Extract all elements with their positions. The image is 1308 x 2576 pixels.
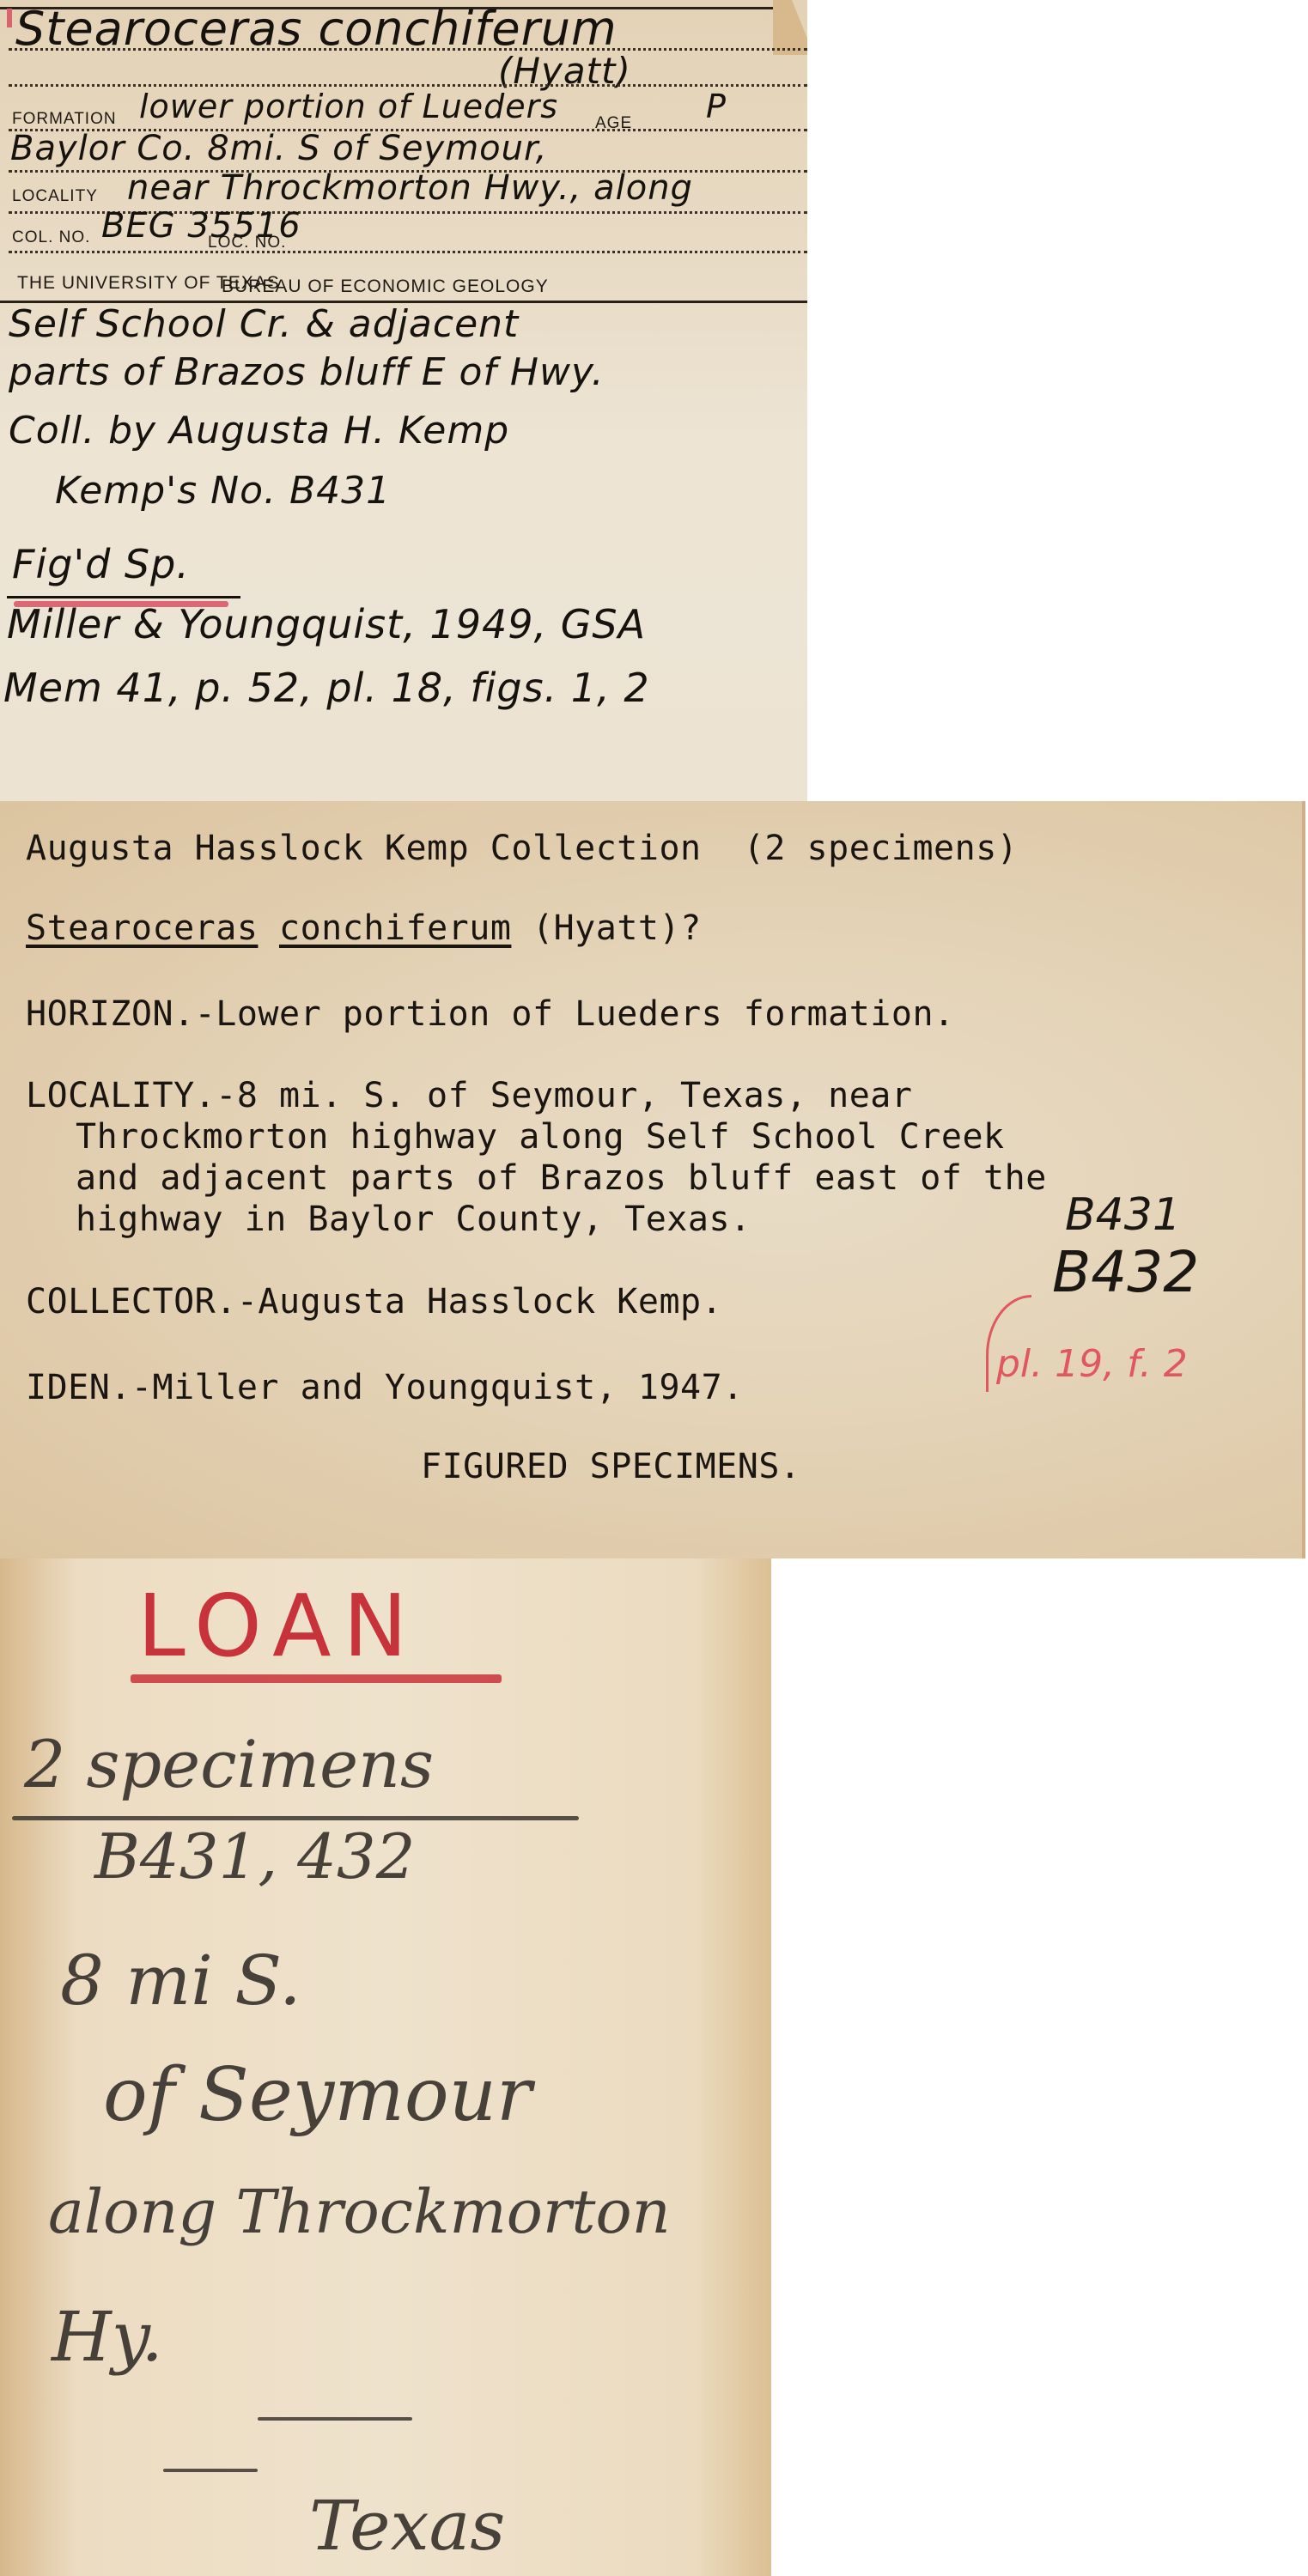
dotted-rule [9,251,807,253]
loan-line-along: along Throckmorton [48,2177,671,2247]
pencil-dash [258,2417,412,2421]
note-line-2: parts of Brazos bluff E of Hwy. [9,350,605,394]
locality-line-2: Throckmorton highway along Self School C… [76,1117,1005,1157]
specimen-label-card: Stearoceras conchiferum (Hyatt) FORMATIO… [0,0,807,801]
figured-underline-black [7,596,240,598]
folded-corner [773,0,807,55]
note-line-1: Self School Cr. & adjacent [9,302,519,346]
specimen-number-2: B432 [1052,1239,1199,1305]
institution-bureau: BUREAU OF ECONOMIC GEOLOGY [222,276,549,297]
pencil-dash [163,2469,258,2472]
locality-line-1: LOCALITY.-8 mi. S. of Seymour, Texas, ne… [26,1076,912,1115]
loan-line-seymour: of Seymour [103,2052,532,2138]
dotted-rule [9,48,807,51]
species-name: conchiferum [279,908,511,948]
formation-value: lower portion of Lueders [139,88,558,125]
locality-line-4: highway in Baylor County, Texas. [76,1200,751,1239]
genus-name: Stearoceras [26,908,258,948]
specimen-number-1: B431 [1065,1189,1181,1241]
loan-red-underline [131,1674,502,1683]
red-pencil-mark [7,9,12,27]
loc-no-label: LOC. NO. [208,234,286,252]
collection-header: Augusta Hasslock Kemp Collection (2 spec… [26,829,1018,868]
collection-catalog-card: Augusta Hasslock Kemp Collection (2 spec… [0,801,1305,1558]
age-value: P [706,88,727,125]
identification-line: IDEN.-Miller and Youngquist, 1947. [26,1368,744,1407]
locality-line-1: Baylor Co. 8mi. S of Seymour, [10,129,547,168]
locality-line-3: and adjacent parts of Brazos bluff east … [76,1158,1047,1198]
plate-figure-annotation: pl. 19, f. 2 [996,1342,1188,1386]
col-no-label: COL. NO. [12,228,90,247]
figured-specimens-line: FIGURED SPECIMENS. [421,1447,800,1486]
loan-card: LOAN 2 specimens B431, 432 8 mi S. of Se… [0,1558,771,2576]
horizon-line: HORIZON.-Lower portion of Lueders format… [26,994,955,1034]
loan-line-highway: Hy. [52,2297,163,2377]
loan-line-numbers: B431, 432 [94,1820,416,1893]
taxon-author: (Hyatt)? [532,908,702,948]
collector-line: COLLECTOR.-Augusta Hasslock Kemp. [26,1282,722,1321]
locality-line-2: near Throckmorton Hwy., along [127,168,693,208]
note-line-3: Coll. by Augusta H. Kemp [9,409,509,453]
taxon-line: Stearoceras conchiferum (Hyatt)? [26,908,702,948]
formation-label: FORMATION [12,110,117,129]
note-line-4: Kemp's No. B431 [55,469,391,513]
reference-line-2: Mem 41, p. 52, pl. 18, figs. 1, 2 [3,665,650,711]
figured-specimen-label: Fig'd Sp. [12,541,190,587]
loan-line-texas: Texas [309,2486,505,2566]
loan-title: LOAN [137,1576,419,1676]
loan-line-distance: 8 mi S. [60,1941,301,2020]
dotted-rule [9,84,807,87]
loan-line-specimens: 2 specimens [24,1726,434,1802]
locality-label: LOCALITY [12,187,98,206]
reference-line-1: Miller & Youngquist, 1949, GSA [7,601,646,647]
